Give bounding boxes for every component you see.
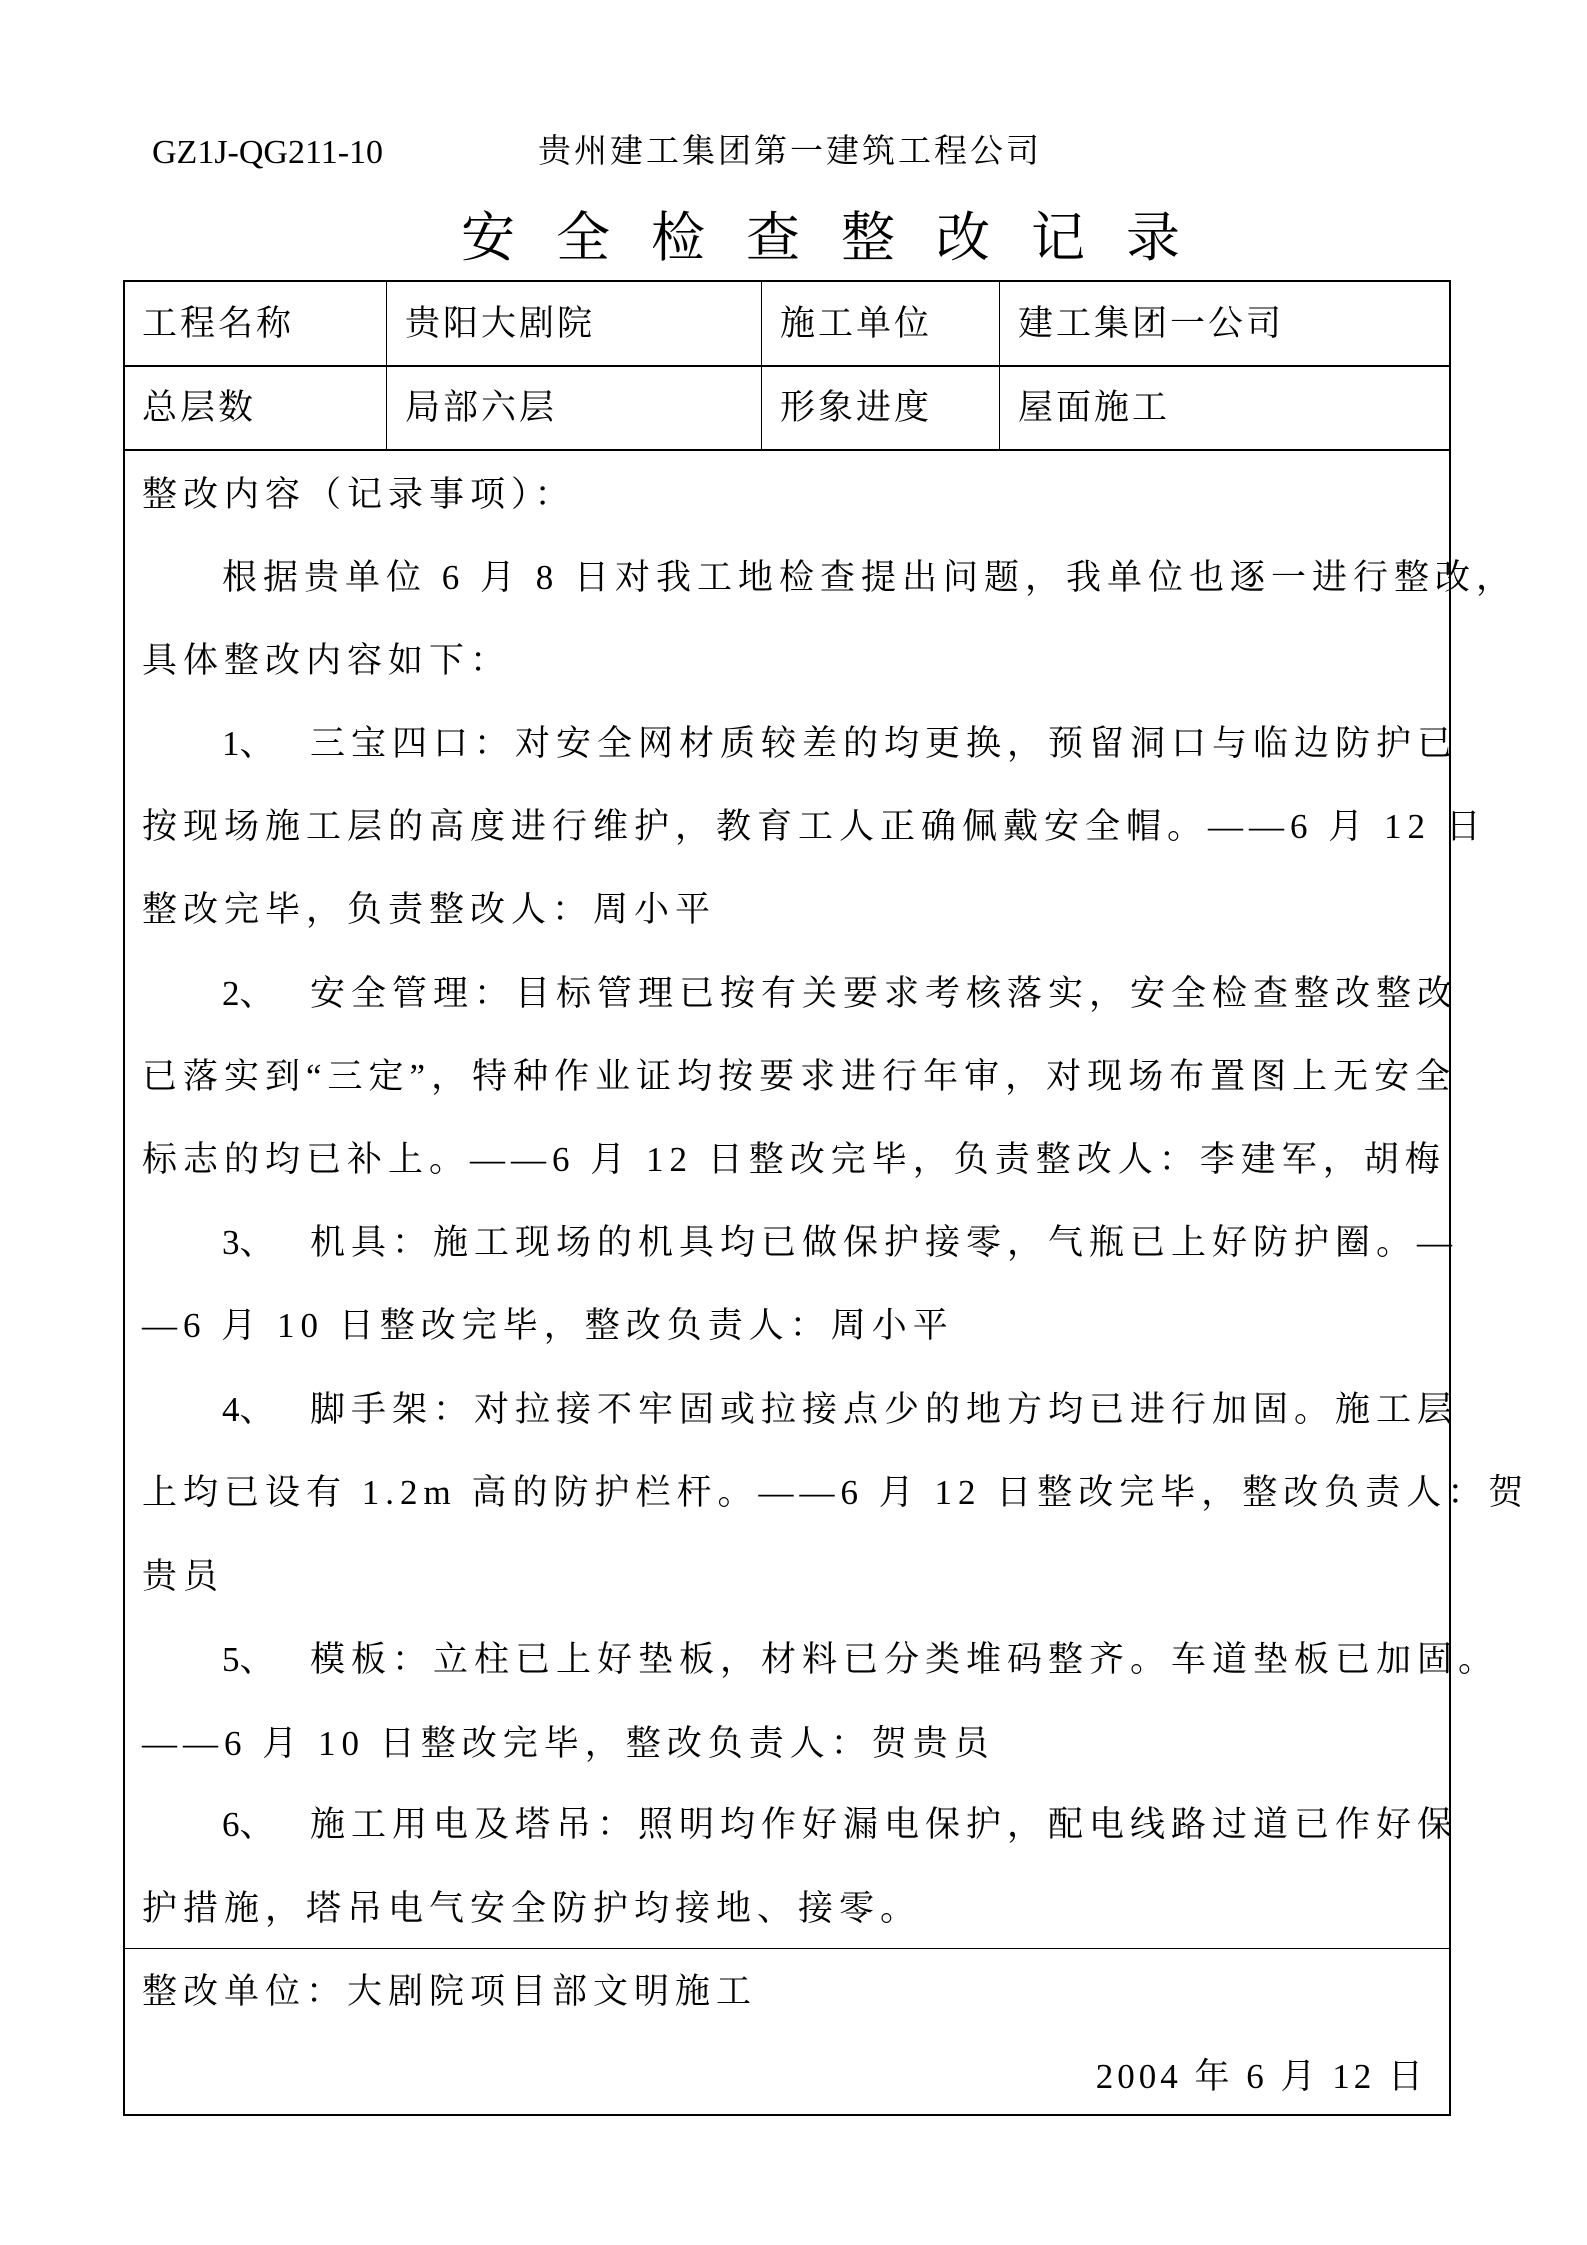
col-divider (386, 282, 387, 451)
row-divider (125, 1948, 1449, 1949)
list-item: 1、三宝四口：对安全网材质较差的均更换，预留洞口与临边防护已 (142, 722, 1458, 766)
row-divider (125, 449, 1449, 451)
total-floors-value: 局部六层 (405, 388, 557, 428)
form-code: GZ1J-QG211-10 (152, 133, 383, 173)
intro-line: 具体整改内容如下： (142, 639, 511, 683)
item-text: 模板：立柱已上好垫板，材料已分类堆码整齐。车道垫板已加固。 (310, 1640, 1499, 1679)
item-continuation: 标志的均已补上。——6 月 12 日整改完毕，负责整改人：李建军，胡梅 (142, 1138, 1446, 1182)
col-divider (761, 282, 762, 451)
contractor-value: 建工集团一公司 (1018, 304, 1284, 344)
item-number: 5、 (222, 1638, 310, 1682)
item-number: 1、 (222, 722, 310, 766)
document-title: 安全检查整改记录 (461, 206, 1221, 270)
item-continuation: 上均已设有 1.2m 高的防护栏杆。——6 月 12 日整改完毕，整改负责人：贺 (142, 1471, 1529, 1515)
item-continuation: 按现场施工层的高度进行维护，教育工人正确佩戴安全帽。——6 月 12 日 (142, 805, 1487, 849)
item-number: 3、 (222, 1221, 310, 1265)
content-heading: 整改内容（记录事项）： (142, 473, 576, 517)
item-continuation: 护措施，塔吊电气安全防护均接地、接零。 (142, 1887, 921, 1931)
item-number: 2、 (222, 972, 310, 1016)
list-item: 5、模板：立柱已上好垫板，材料已分类堆码整齐。车道垫板已加固。 (142, 1638, 1499, 1682)
record-table: 工程名称 贵阳大剧院 施工单位 建工集团一公司 总层数 局部六层 形象进度 屋面… (123, 280, 1451, 2116)
contractor-label: 施工单位 (780, 304, 932, 344)
item-text: 施工用电及塔吊：照明均作好漏电保护，配电线路过道已作好保 (310, 1805, 1458, 1844)
company-name: 贵州建工集团第一建筑工程公司 (538, 132, 1042, 172)
list-item: 3、机具：施工现场的机具均已做保护接零，气瓶已上好防护圈。— (142, 1221, 1458, 1265)
item-number: 4、 (222, 1388, 310, 1432)
progress-label: 形象进度 (780, 388, 932, 428)
item-continuation: ——6 月 10 日整改完毕，整改负责人：贺贵员 (142, 1722, 995, 1766)
item-text: 脚手架：对拉接不牢固或拉接点少的地方均已进行加固。施工层 (310, 1390, 1458, 1429)
item-text: 三宝四口：对安全网材质较差的均更换，预留洞口与临边防护已 (310, 724, 1458, 763)
item-text: 安全管理：目标管理已按有关要求考核落实，安全检查整改整改 (310, 974, 1458, 1013)
project-name-value: 贵阳大剧院 (405, 304, 595, 344)
row-divider (125, 365, 1449, 367)
list-item: 2、安全管理：目标管理已按有关要求考核落实，安全检查整改整改 (142, 972, 1458, 1016)
item-continuation: 已落实到“三定”，特种作业证均按要求进行年审，对现场布置图上无安全 (142, 1055, 1456, 1099)
record-date: 2004 年 6 月 12 日 (1096, 2055, 1427, 2099)
progress-value: 屋面施工 (1018, 388, 1170, 428)
rectification-unit: 整改单位：大剧院项目部文明施工 (142, 1970, 757, 2014)
item-continuation: 整改完毕，负责整改人：周小平 (142, 888, 716, 932)
item-continuation: 贵员 (142, 1555, 224, 1599)
item-number: 6、 (222, 1803, 310, 1847)
list-item: 4、脚手架：对拉接不牢固或拉接点少的地方均已进行加固。施工层 (142, 1388, 1458, 1432)
intro-line: 根据贵单位 6 月 8 日对我工地检查提出问题，我单位也逐一进行整改， (142, 556, 1517, 600)
item-continuation: —6 月 10 日整改完毕，整改负责人：周小平 (142, 1304, 954, 1348)
list-item: 6、施工用电及塔吊：照明均作好漏电保护，配电线路过道已作好保 (142, 1803, 1458, 1847)
total-floors-label: 总层数 (142, 388, 256, 428)
col-divider (999, 282, 1000, 451)
item-text: 机具：施工现场的机具均已做保护接零，气瓶已上好防护圈。— (310, 1223, 1458, 1262)
project-name-label: 工程名称 (142, 304, 294, 344)
